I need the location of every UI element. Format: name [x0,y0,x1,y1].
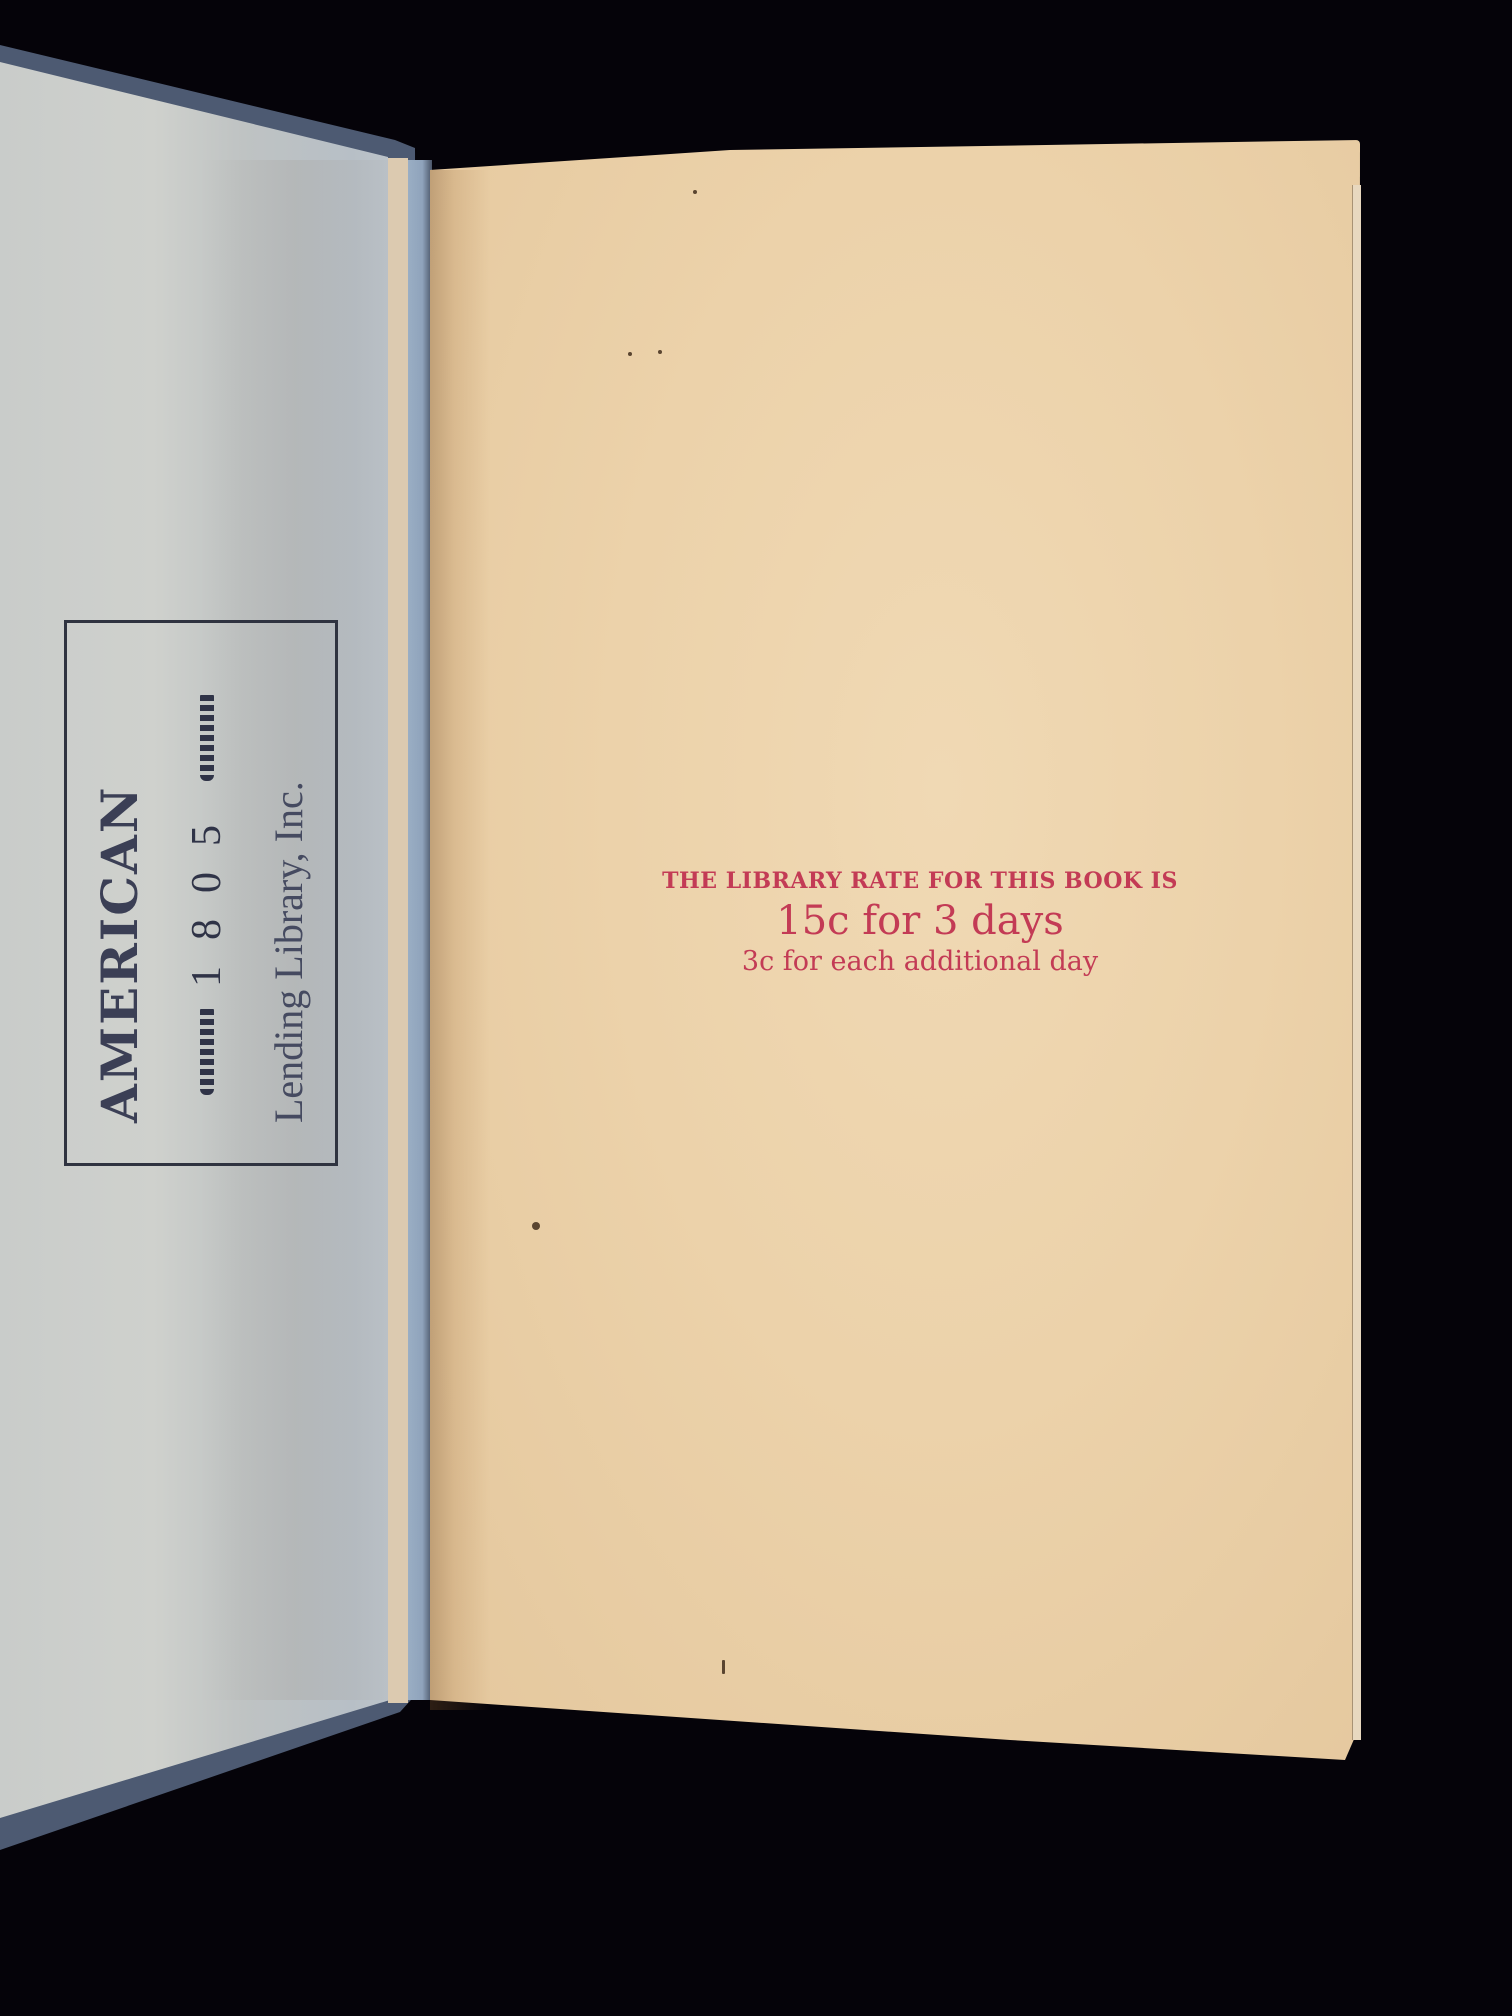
stamp-book-number: 1805 [183,799,231,987]
rental-rate-stamp: THE LIBRARY RATE FOR THIS BOOK IS 15c fo… [620,868,1220,977]
hinge-strip [388,158,408,1703]
foxing-spot [693,190,697,194]
gutter-stain [430,170,490,1710]
stamp-library-name: AMERICAN [90,643,149,1143]
binding-gutter [408,160,432,1700]
rate-base-price: 15c for 3 days [620,898,1220,944]
stamp-number-row: 1805 [183,643,231,1143]
squiggle-ornament-icon [200,691,214,781]
squiggle-ornament-icon [200,1005,214,1095]
foxing-spot [532,1222,540,1230]
foxing-spot [628,352,632,356]
book-photo: AMERICAN 1805 Lending Library, Inc. THE … [0,0,1512,2016]
foxing-spot [658,350,662,354]
rate-additional-price: 3c for each additional day [620,946,1220,977]
library-ownership-stamp: AMERICAN 1805 Lending Library, Inc. [64,620,338,1166]
ink-mark [722,1660,725,1674]
page-block-edge [1352,185,1361,1740]
rate-heading: THE LIBRARY RATE FOR THIS BOOK IS [620,868,1220,894]
stamp-company-name: Lending Library, Inc. [265,643,312,1143]
